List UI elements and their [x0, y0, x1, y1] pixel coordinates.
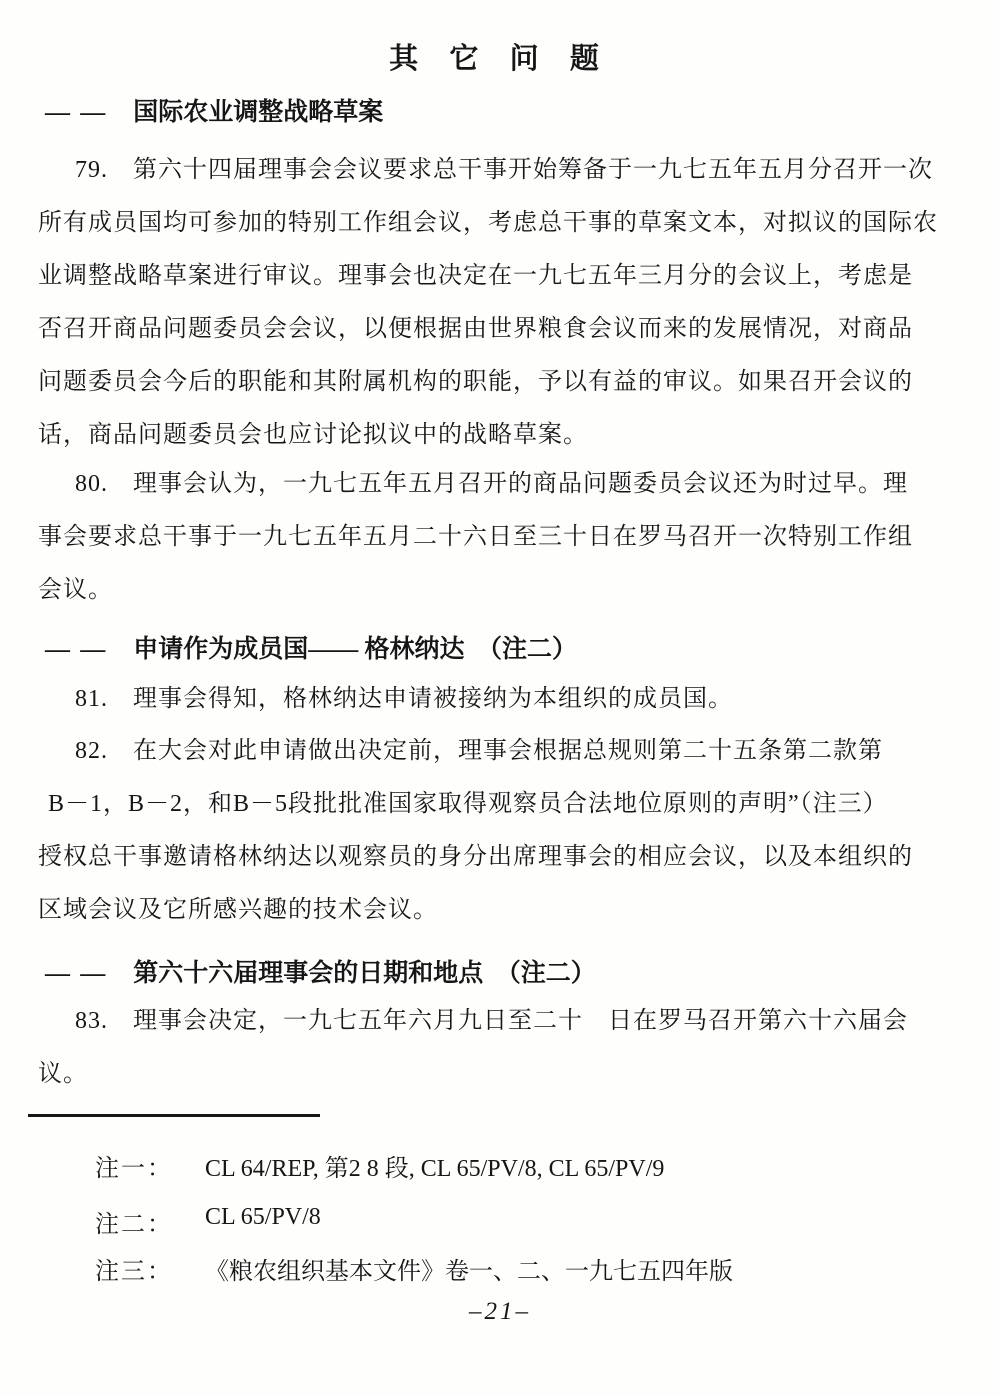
paragraph-79-line-3: 业调整战略草案进行审议。理事会也决定在一九七五年三月分的会议上，考虑是 [38, 250, 943, 303]
paragraph-80-line-2: 事会要求总干事于一九七五年五月二十六日至三十日在罗马召开一次特别工作组 [38, 511, 943, 564]
footnote-3: 注三： 《粮农组织基本文件》卷一、二、一九七五四年版 [95, 1251, 733, 1286]
document-title: 其 它 问 题 [0, 36, 1000, 77]
paragraph-79-line-5: 问题委员会今后的职能和其附属机构的职能，予以有益的审议。如果召开会议的 [38, 356, 943, 409]
paragraph-83: 83. 理事会决定，一九七五年六月九日至二十 日在罗马召开第六十六届会 议。 [38, 995, 943, 1101]
paragraph-79-line-1: 79. 第六十四届理事会会议要求总干事开始筹备于一九七五年五月分召开一次 [38, 144, 943, 197]
paragraph-80: 80. 理事会认为，一九七五年五月召开的商品问题委员会议还为时过早。理 事会要求… [38, 458, 943, 617]
section-heading-text: 第六十六届理事会的日期和地点 （注二） [133, 953, 596, 989]
section-heading-text: 申请作为成员国—— 格林纳达 （注二） [133, 629, 577, 665]
scanned-document-page: 其 它 问 题 — — 国际农业调整战略草案 79. 第六十四届理事会会议要求总… [0, 0, 1000, 1396]
footnote-2-text: CL 65/PV/8 [205, 1204, 321, 1239]
heading-dash: — — [45, 960, 107, 988]
paragraph-83-line-2: 议。 [38, 1048, 943, 1101]
paragraph-79-line-4: 否召开商品问题委员会会议，以便根据由世界粮食会议而来的发展情况，对商品 [38, 303, 943, 356]
paragraph-80-line-3: 会议。 [38, 564, 943, 617]
paragraph-79-line-6: 话，商品问题委员会也应讨论拟议中的战略草案。 [38, 409, 943, 462]
paragraph-82-line-1: 82. 在大会对此申请做出决定前，理事会根据总规则第二十五条第二款第 [38, 725, 943, 778]
section-heading-agriculture-strategy: — — 国际农业调整战略草案 [45, 92, 383, 128]
footnote-1-label: 注一： [95, 1148, 191, 1183]
section-heading-text: 国际农业调整战略草案 [133, 92, 383, 128]
footnote-2: 注二： CL 65/PV/8 [95, 1204, 321, 1239]
paragraph-79: 79. 第六十四届理事会会议要求总干事开始筹备于一九七五年五月分召开一次 所有成… [38, 144, 943, 462]
paragraph-79-line-2: 所有成员国均可参加的特别工作组会议，考虑总干事的草案文本，对拟议的国际农 [38, 197, 943, 250]
heading-dash: — — [45, 99, 107, 127]
paragraph-81-line-1: 81. 理事会得知，格林纳达申请被接纳为本组织的成员国。 [38, 673, 943, 726]
page-number: –21– [0, 1298, 1000, 1326]
paragraph-83-line-1: 83. 理事会决定，一九七五年六月九日至二十 日在罗马召开第六十六届会 [38, 995, 943, 1048]
section-heading-66th-session-date-place: — — 第六十六届理事会的日期和地点 （注二） [45, 953, 596, 989]
footnote-1: 注一： CL 64/REP, 第2 8 段, CL 65/PV/8, CL 65… [95, 1148, 664, 1183]
footnote-3-text: 《粮农组织基本文件》卷一、二、一九七五四年版 [205, 1251, 733, 1286]
footnote-1-text: CL 64/REP, 第2 8 段, CL 65/PV/8, CL 65/PV/… [205, 1148, 664, 1183]
paragraph-82-line-4: 区域会议及它所感兴趣的技术会议。 [38, 884, 943, 937]
paragraph-82: 82. 在大会对此申请做出决定前，理事会根据总规则第二十五条第二款第 B－1，B… [38, 725, 943, 937]
section-heading-membership-grenada: — — 申请作为成员国—— 格林纳达 （注二） [45, 629, 577, 665]
footnote-divider [28, 1114, 320, 1117]
heading-dash: — — [45, 636, 107, 664]
paragraph-80-line-1: 80. 理事会认为，一九七五年五月召开的商品问题委员会议还为时过早。理 [38, 458, 943, 511]
paragraph-81: 81. 理事会得知，格林纳达申请被接纳为本组织的成员国。 [38, 673, 943, 726]
paragraph-82-line-3: 授权总干事邀请格林纳达以观察员的身分出席理事会的相应会议，以及本组织的 [38, 831, 943, 884]
footnote-3-label: 注三： [95, 1251, 191, 1286]
paragraph-82-line-2: B－1，B－2，和B－5段批批准国家取得观察员合法地位原则的声明”（注三） [38, 778, 943, 831]
footnote-2-label: 注二： [95, 1204, 191, 1239]
